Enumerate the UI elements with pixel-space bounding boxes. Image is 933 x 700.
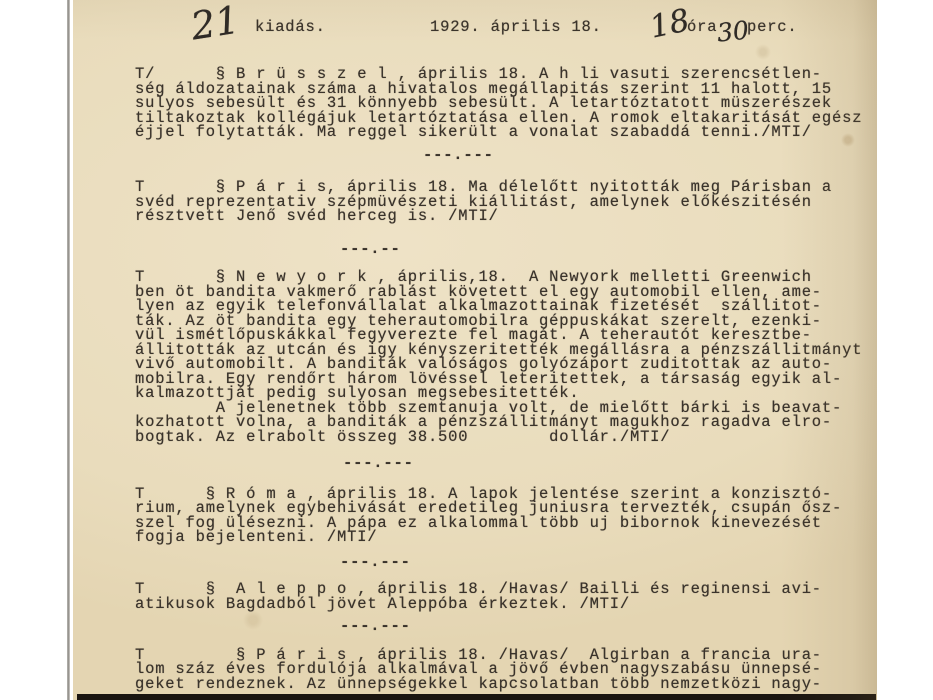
article-paris-exhibition: T § P á r i s, április 18. Ma délelőtt n…	[135, 180, 867, 256]
minute-label: perc.	[747, 20, 798, 35]
article-brussels: T/ § B r ü s s z e l , április 18. A h l…	[135, 67, 867, 162]
document-page: 21 kiadás. 1929. április 18. 18 óra 30 p…	[73, 0, 877, 700]
handwritten-minute: 30	[716, 15, 751, 47]
article-separator: ---.---	[135, 456, 867, 471]
article-rome-consistory: T § R ó m a , április 18. A lapok jelent…	[135, 487, 867, 570]
article-separator: ---.---	[135, 619, 867, 634]
article-text: T § P á r i s, április 18. Ma délelőtt n…	[135, 180, 867, 224]
article-paris-algeria: T § P á r i s , április 18. /Havas/ Algi…	[135, 648, 867, 699]
article-newyork-robbery: T § N e w y o r k , április,18. A Newyor…	[135, 270, 867, 471]
article-text: T § A l e p p o , április 18. /Havas/ Ba…	[135, 582, 867, 611]
article-text: T § N e w y o r k , április,18. A Newyor…	[135, 270, 867, 444]
date-line: 1929. április 18.	[430, 20, 602, 35]
hour-label: óra	[687, 20, 717, 35]
article-separator: ---.---	[135, 555, 867, 570]
scan-black-bar	[77, 694, 876, 700]
article-aleppo-aviators: T § A l e p p o , április 18. /Havas/ Ba…	[135, 582, 867, 634]
edition-label: kiadás.	[255, 20, 326, 35]
handwritten-edition-number: 21	[188, 0, 243, 49]
article-separator: ---.--	[135, 242, 867, 257]
page-stack-edge	[67, 0, 70, 700]
article-text: T § P á r i s , április 18. /Havas/ Algi…	[135, 648, 867, 692]
handwritten-hour: 18	[647, 2, 693, 45]
telegram-header: 21 kiadás. 1929. április 18. 18 óra 30 p…	[73, 0, 877, 60]
telegram-body: T/ § B r ü s s z e l , április 18. A h l…	[135, 67, 867, 698]
article-text: T/ § B r ü s s z e l , április 18. A h l…	[135, 67, 867, 140]
article-separator: ---.---	[135, 148, 867, 163]
article-text: T § R ó m a , április 18. A lapok jelent…	[135, 487, 867, 545]
